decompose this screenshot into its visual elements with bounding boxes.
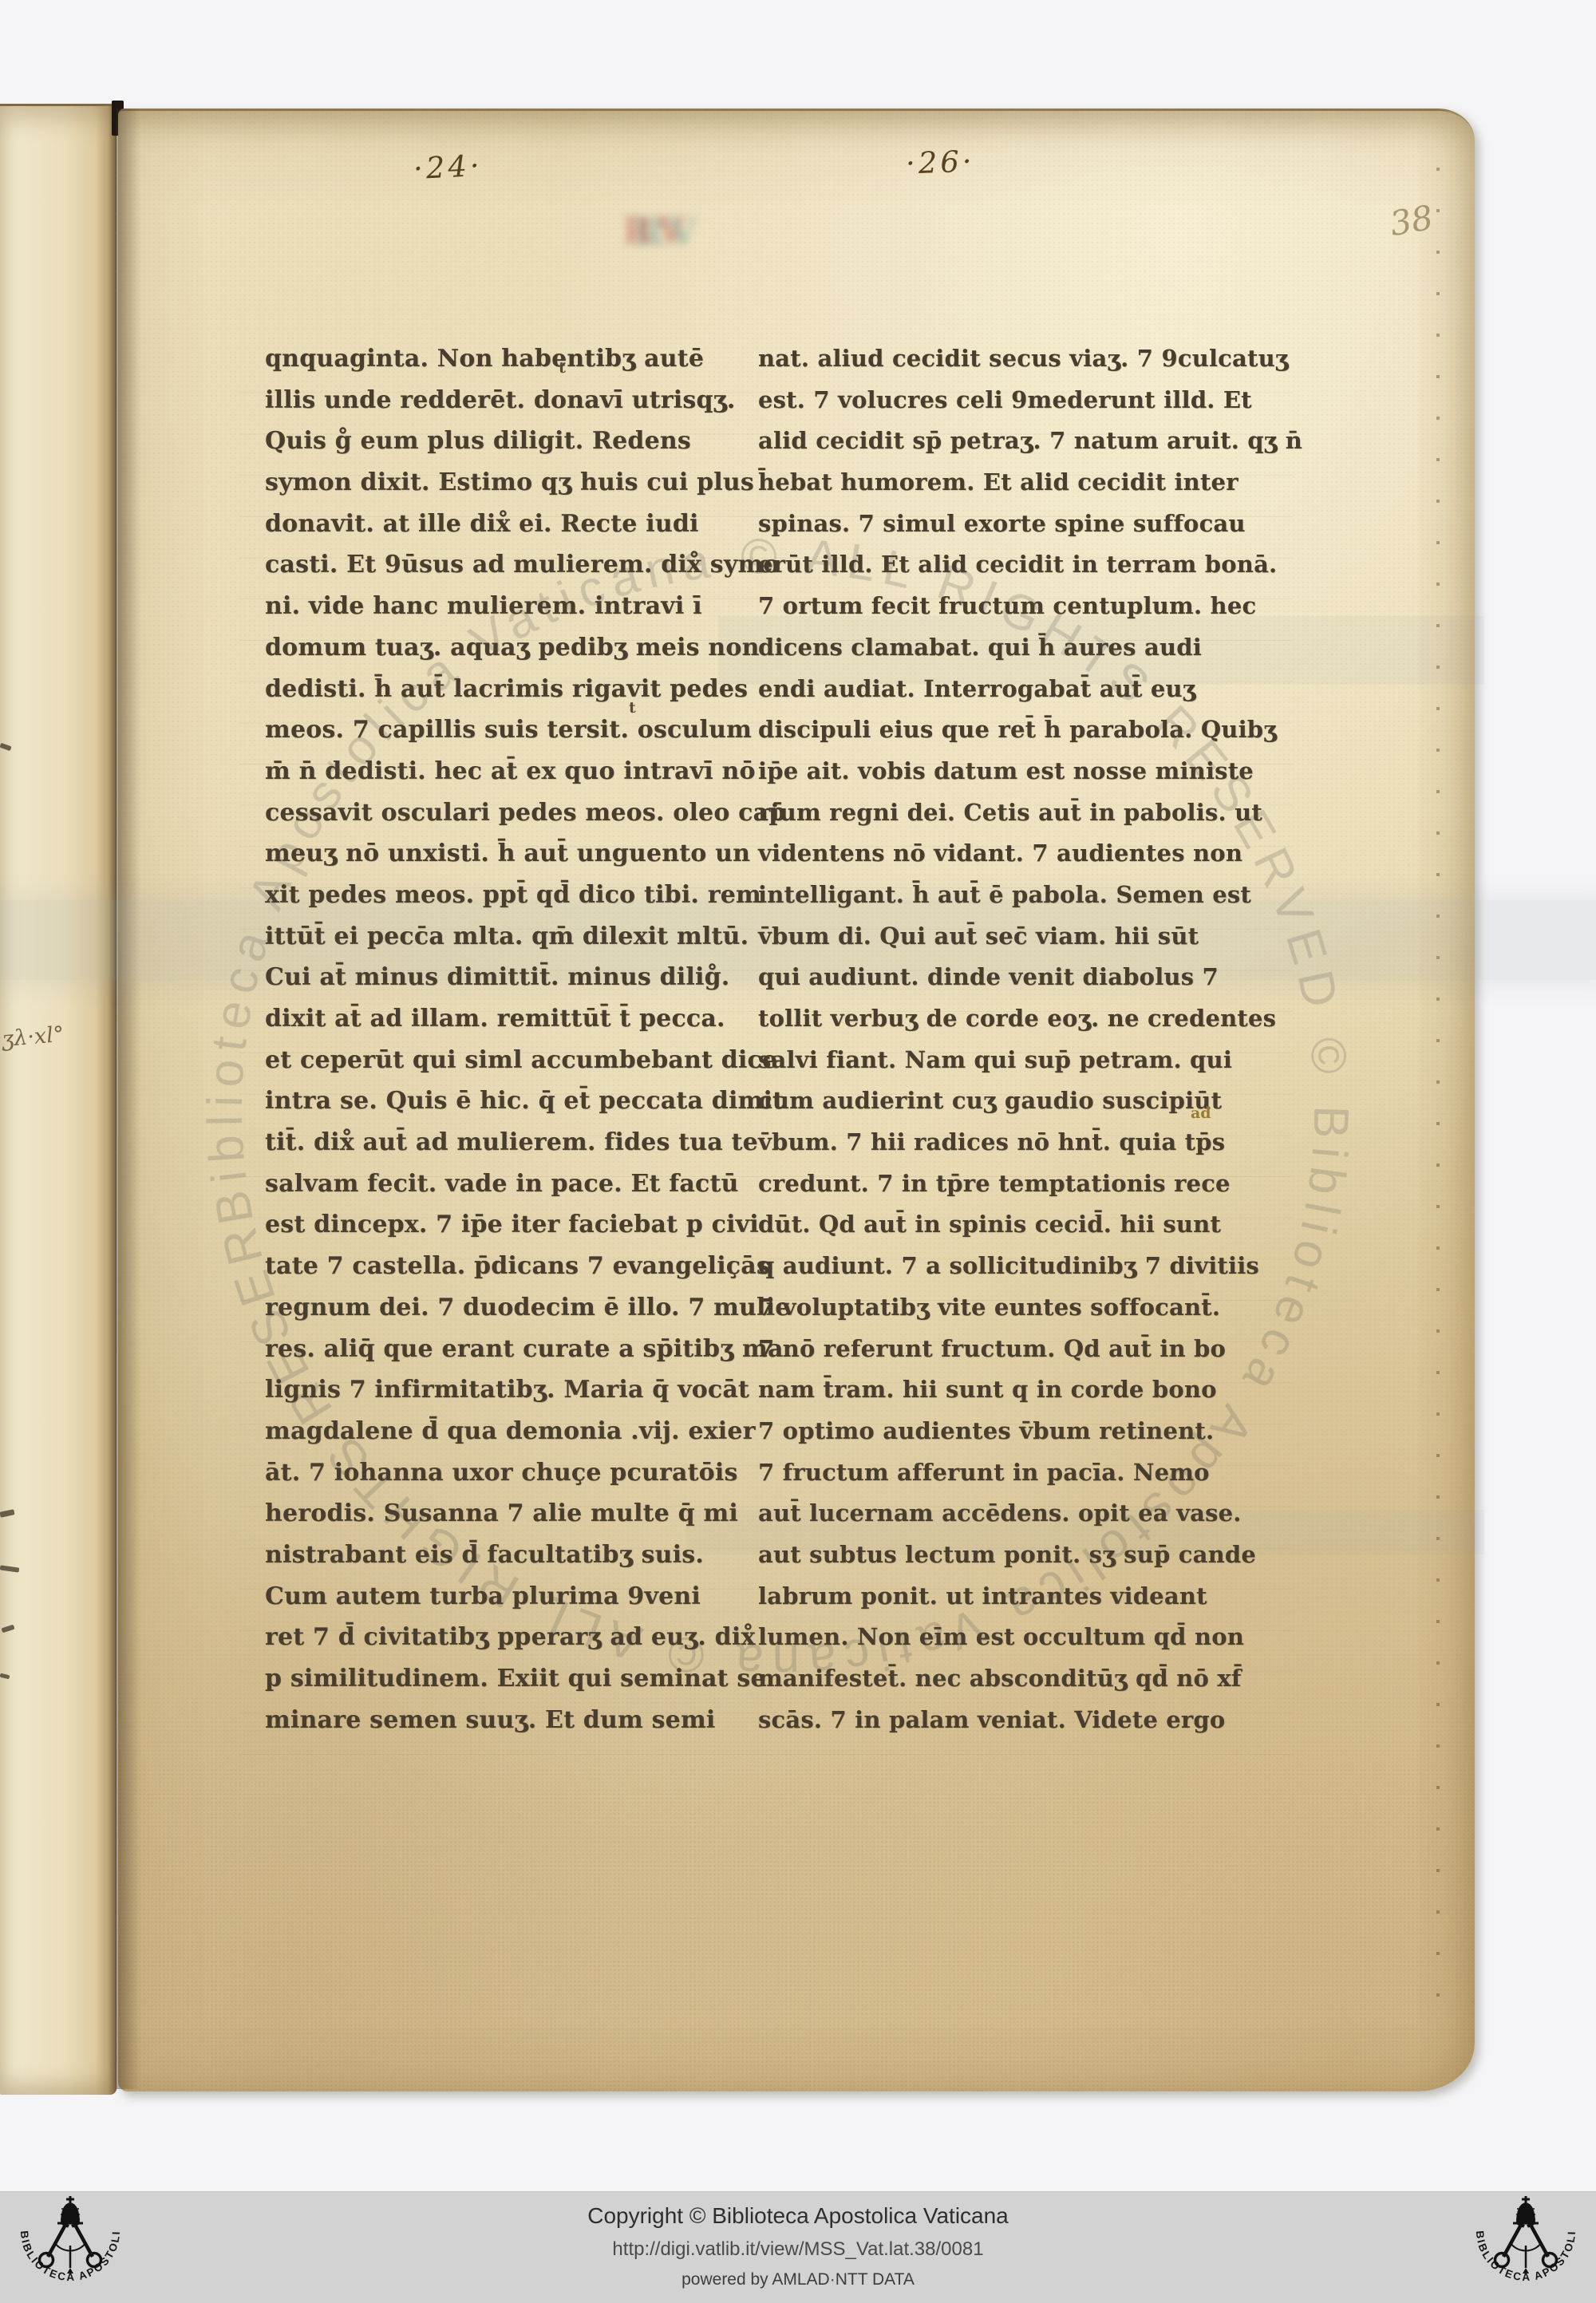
manuscript-line: symon dixit. Estimo qʒ huis cui plus bbox=[265, 462, 744, 504]
manuscript-line: m̄ n̄ dedisti. hec at̄ ex quo intravī nō bbox=[265, 751, 744, 792]
manuscript-line: p similitudinem. Exiit qui seminat se bbox=[265, 1658, 744, 1700]
manuscript-line: ret 7 d̄ civitatibʒ pperarʒ ad euʒ. dix̊ bbox=[265, 1617, 744, 1658]
folio-number-corner: 38 bbox=[1387, 198, 1436, 244]
manuscript-line: meuʒ nō unxisti. h̄ aut̄ unguento un bbox=[265, 833, 744, 875]
interlinear-correction: t bbox=[629, 699, 636, 717]
cut-marginalia-mark bbox=[0, 1673, 10, 1680]
manuscript-line: domum tuaʒ. aquaʒ pedibʒ meis non bbox=[265, 627, 744, 669]
manuscript-line: tit̄. dix̊ aut̄ ad mulierem. fides tua t… bbox=[265, 1122, 744, 1163]
interlinear-correction: ad bbox=[1191, 1104, 1211, 1122]
manuscript-line: aut subtus lectum ponit. sʒ sup̄ cande bbox=[758, 1535, 1273, 1576]
vatican-library-logo-left: BIBLIOTECA APOSTOLICA VATICANA bbox=[6, 2194, 134, 2300]
manuscript-line: nam t̄ram. hii sunt q in corde bono bbox=[758, 1369, 1273, 1411]
manuscript-line: dūt. Qd aut̄ in spinis cecid̄. hii sunt bbox=[758, 1204, 1273, 1246]
manuscript-line: Cum autem turba plurima 9veni bbox=[265, 1576, 744, 1618]
cut-marginalia-mark bbox=[1, 1625, 14, 1633]
manuscript-line: dicens clamabat. qui h̄ aures audi bbox=[758, 627, 1273, 669]
manuscript-line: endi audiat. Interrogabat̄ aut̄ euʒ bbox=[758, 669, 1273, 710]
previous-folio-edge bbox=[0, 104, 117, 2095]
manuscript-line: donavit. at ille dix̊ ei. Recte iudi bbox=[265, 504, 744, 545]
manuscript-line: manifestet̄. nec absconditūʒ qd̄ nō xf̄ bbox=[758, 1658, 1273, 1700]
manuscript-line: ip̄e ait. vobis datum est nosse ministe bbox=[758, 751, 1273, 792]
cut-marginalia-mark bbox=[0, 1565, 19, 1572]
manuscript-line: xit pedes meos. ppt̄ qd̄ dico tibi. rem bbox=[265, 875, 744, 916]
interlinear-correction: t bbox=[559, 359, 566, 377]
manuscript-line: meos. 7 capillis suis tersit. osculum bbox=[265, 709, 744, 751]
manuscript-line: rium regni dei. Cetis aut̄ in pabolis. u… bbox=[758, 792, 1273, 834]
manuscript-line: discipuli eius que ret̄ h̄ parabola. Qui… bbox=[758, 709, 1273, 751]
manuscript-line: dixit at̄ ad illam. remittūt̄ t̄ pecca. bbox=[265, 998, 744, 1040]
manuscript-line: spinas. 7 simul exorte spine suffocau bbox=[758, 504, 1273, 545]
manuscript-line: alid cecidit sp̄ petraʒ. 7 natum aruit. … bbox=[758, 421, 1273, 462]
manuscript-line: salvi fiant. Nam qui sup̄ petram. qui bbox=[758, 1040, 1273, 1081]
manuscript-line: Quis g̊ eum plus diligit. Redens bbox=[265, 421, 744, 462]
manuscript-line: herodis. Susanna 7 alie multe q̄ mi bbox=[265, 1493, 744, 1535]
manuscript-line: Cui at̄ minus dimittit̄. minus dilig̊. bbox=[265, 957, 744, 998]
manuscript-line: 7 nō referunt fructum. Qd aut̄ in bo bbox=[758, 1329, 1273, 1370]
text-column-2: nat. aliud cecidit secus viaʒ. 7 9culcat… bbox=[758, 338, 1273, 1740]
manuscript-line: āt. 7 iohanna uxor chuçe pcuratōis bbox=[265, 1452, 744, 1494]
folio-number-right: ·26· bbox=[905, 144, 975, 181]
manuscript-line: intra se. Quis ē hic. q̄ et̄ peccata dim… bbox=[265, 1080, 744, 1122]
manuscript-line: credunt. 7 in tp̄re temptationis rece bbox=[758, 1163, 1273, 1205]
digitized-manuscript-viewer: Biblioteca Apostolica Vaticana © ALL RIG… bbox=[0, 0, 1596, 2303]
cut-marginalia-mark bbox=[0, 1509, 15, 1518]
manuscript-line: qui audiunt. dinde venit diabolus 7 bbox=[758, 957, 1273, 998]
footer-url: http://digi.vatlib.it/view/MSS_Vat.lat.3… bbox=[0, 2238, 1596, 2261]
manuscript-line: salvam fecit. vade in pace. Et factū bbox=[265, 1163, 744, 1205]
manuscript-line: magdalene d̄ qua demonia .vij. exier bbox=[265, 1411, 744, 1452]
manuscript-line: 7 voluptatibʒ vite euntes soffocant̄. bbox=[758, 1287, 1273, 1329]
manuscript-line: v̄bum di. Qui aut̄ sec̄ viam. hii sūt bbox=[758, 916, 1273, 958]
manuscript-line: 7 optimo audientes v̄bum retinent. bbox=[758, 1411, 1273, 1452]
manuscript-line: est. 7 volucres celi 9mederunt illd. Et bbox=[758, 380, 1273, 421]
manuscript-line: nat. aliud cecidit secus viaʒ. 7 9culcat… bbox=[758, 338, 1273, 380]
manuscript-line: casti. Et 9ūsus ad mulierem. dix̊ symo bbox=[265, 544, 744, 586]
manuscript-line: ittūt̄ ei pecc̄a mlta. qm̄ dilexit mltū. bbox=[265, 916, 744, 958]
manuscript-line: q audiunt. 7 a sollicitudinibʒ 7 divitii… bbox=[758, 1246, 1273, 1287]
manuscript-line: qnquaginta. Non habentibʒ autē bbox=[265, 338, 744, 380]
cut-marginalia-mark bbox=[0, 743, 12, 751]
manuscript-line: ni. vide hanc mulierem. intravi ī bbox=[265, 586, 744, 627]
manuscript-line: v̄bum. 7 hii radices nō hnt̄. quia tp̄s bbox=[758, 1122, 1273, 1163]
pricking-holes bbox=[1436, 168, 1440, 2027]
vatican-library-logo-right: BIBLIOTECA APOSTOLICA VATICANA bbox=[1462, 2194, 1590, 2300]
text-column-1: qnquaginta. Non habentibʒ autēillis unde… bbox=[265, 338, 744, 1740]
folio-number-left: ·24· bbox=[413, 148, 484, 186]
manuscript-line: lumen. Non eīm est occultum qd̄ non bbox=[758, 1617, 1273, 1658]
manuscript-line: labrum ponit. ut intrantes videant bbox=[758, 1576, 1273, 1618]
manuscript-line: erūt illd. Et alid cecidit in terram bon… bbox=[758, 544, 1273, 586]
manuscript-line: intelligant. h̄ aut̄ ē pabola. Semen est bbox=[758, 875, 1273, 916]
vatican-keys-tiara-emblem bbox=[1495, 2196, 1557, 2273]
manuscript-line: dedisti. h̄ aut̄ lacrimis rigavit pedes bbox=[265, 669, 744, 710]
manuscript-line: 7 ortum fecit fructum centuplum. hec bbox=[758, 586, 1273, 627]
manuscript-line: lignis 7 infirmitatibʒ. Maria q̄ vocāt bbox=[265, 1369, 744, 1411]
vatican-keys-tiara-emblem bbox=[40, 2196, 101, 2273]
manuscript-line: aut̄ lucernam accēdens. opit ea vase. bbox=[758, 1493, 1273, 1535]
footer-bar: Copyright © Biblioteca Apostolica Vatica… bbox=[0, 2191, 1596, 2303]
manuscript-line: res. aliq̄ que erant curate a sp̄itibʒ m… bbox=[265, 1329, 744, 1370]
manuscript-line: regnum dei. 7 duodecim ē illo. 7 mulie bbox=[265, 1287, 744, 1329]
show-through-rubric: RV bbox=[622, 209, 689, 252]
manuscript-line: minare semen suuʒ. Et dum semi bbox=[265, 1700, 744, 1741]
footer-copyright: Copyright © Biblioteca Apostolica Vatica… bbox=[0, 2203, 1596, 2229]
manuscript-line: cessavit osculari pedes meos. oleo cap̄ bbox=[265, 792, 744, 834]
manuscript-line: h̄ebat humorem. Et alid cecidit inter bbox=[758, 462, 1273, 504]
manuscript-line: illis unde redderēt. donavī utrisqʒ. bbox=[265, 380, 744, 421]
manuscript-line: et ceperūt qui siml accumbebant dice bbox=[265, 1040, 744, 1081]
manuscript-line: scās. 7 in palam veniat. Videte ergo bbox=[758, 1700, 1273, 1741]
manuscript-line: nistrabant eis d̄ facultatibʒ suis. bbox=[265, 1535, 744, 1576]
footer-powered-by: powered by AMLAD·NTT DATA bbox=[0, 2270, 1596, 2289]
manuscript-line: est dincepx. 7 ip̄e iter faciebat p civi bbox=[265, 1204, 744, 1246]
manuscript-line: tate 7 castella. p̄dicans 7 evangeliçās bbox=[265, 1246, 744, 1287]
manuscript-line: tollit verbuʒ de corde eoʒ. ne credentes bbox=[758, 998, 1273, 1040]
manuscript-line: videntens nō vidant. 7 audientes non bbox=[758, 833, 1273, 875]
manuscript-line: 7 fructum afferunt in pacīa. Nemo bbox=[758, 1452, 1273, 1494]
